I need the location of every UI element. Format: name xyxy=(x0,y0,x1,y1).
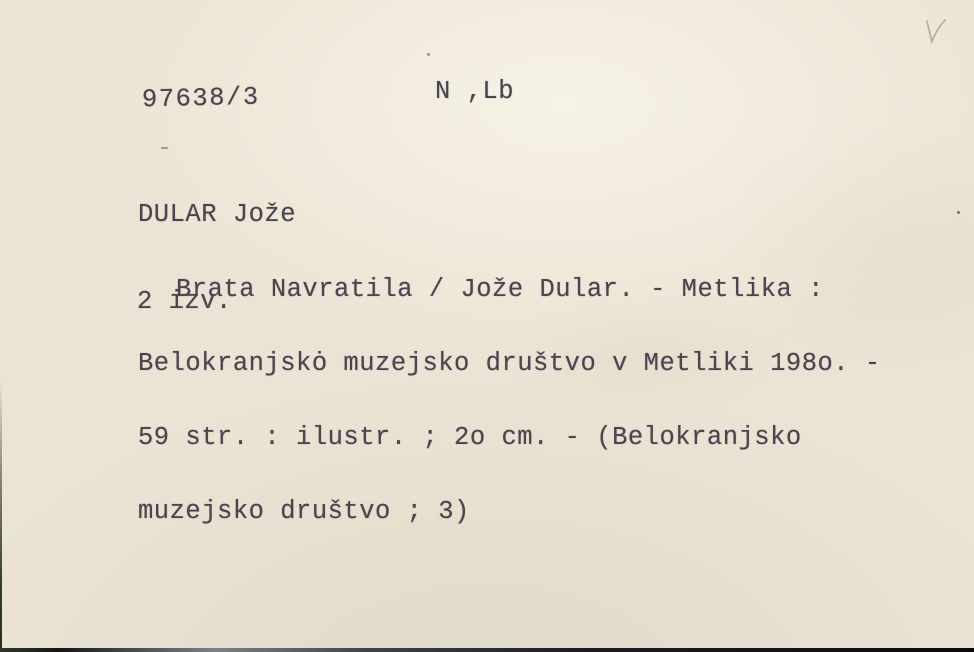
paper-speck xyxy=(957,211,960,214)
inventory-number: 97638/3 xyxy=(142,83,260,115)
catalog-card-scan: 97638/3 N ,Lb DULAR Jože Brata Navratila… xyxy=(0,0,974,652)
entry-line: Belokranjskȯ muzejsko društvo v Metliki … xyxy=(138,352,881,377)
paper-speck xyxy=(383,358,385,360)
format-code: N ,Lb xyxy=(435,77,514,106)
scan-edge-left xyxy=(0,380,2,649)
scan-edge-bottom xyxy=(0,648,974,652)
catalog-entry: DULAR Jože Brata Navratila / Jože Dular.… xyxy=(138,154,881,574)
paper-speck xyxy=(161,147,168,149)
paper-speck xyxy=(427,53,430,56)
copies-note: 2 izv. xyxy=(137,287,232,316)
handwritten-checkmark-icon xyxy=(922,16,950,48)
entry-line: Brata Navratila / Jože Dular. - Metlika … xyxy=(138,278,881,303)
entry-line: muzejsko društvo ; 3) xyxy=(138,500,881,525)
author-heading: DULAR Jože xyxy=(138,203,881,228)
entry-line: 59 str. : ilustr. ; 2o cm. - (Belokranjs… xyxy=(138,426,881,451)
